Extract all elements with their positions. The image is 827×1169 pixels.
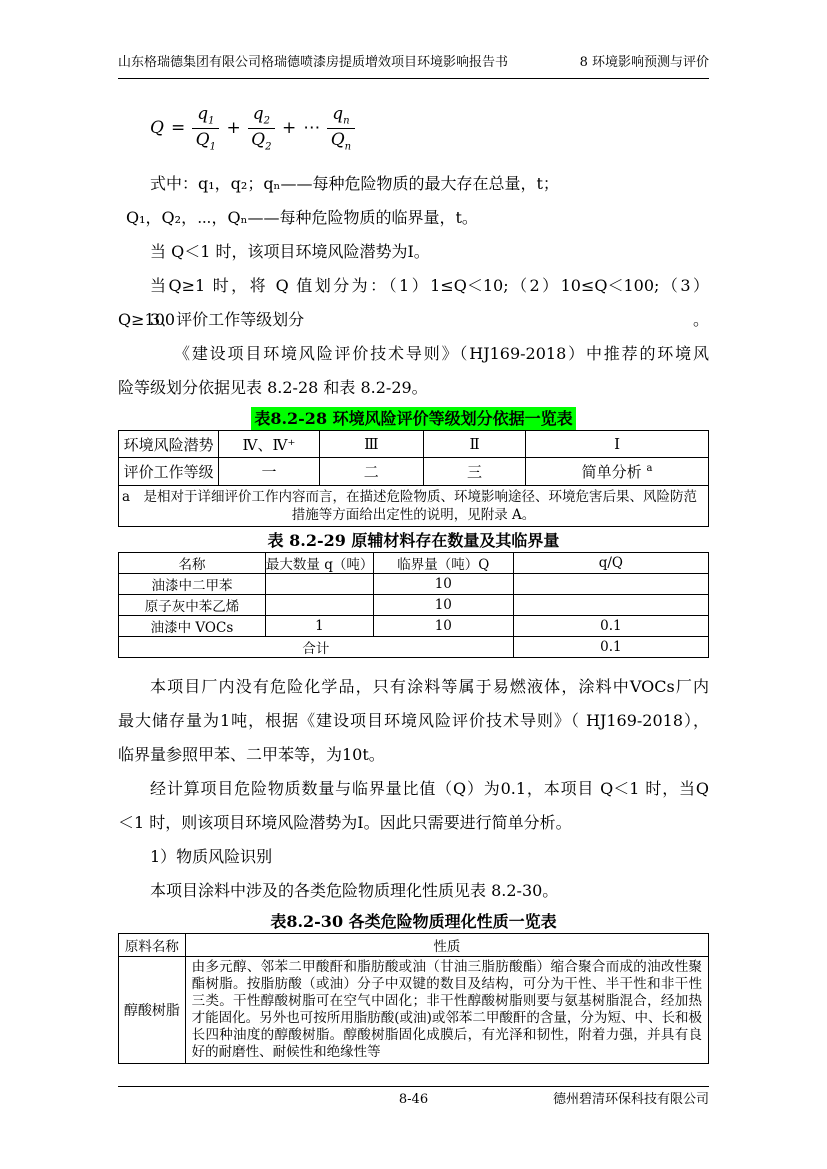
t29-cell: 10 [373,616,513,637]
table-risk-grade-basis: 环境风险潜势 Ⅳ、Ⅳ⁺ Ⅲ Ⅱ Ⅰ 评价工作等级 一 二 三 简单分析 a a … [118,430,709,527]
t28-cell: 二 [319,458,423,486]
analysis-text-block: 本项目厂内没有危险化学品，只有涂料等属于易燃液体，涂料中VOCs厂内 最大储存量… [118,670,709,908]
t29-header: q/Q [513,553,708,574]
paragraph-line: 经计算项目危险物质数量与临界量比值（Q）为0.1，本项目 Q＜1 时，当Q [118,772,709,806]
header-chapter-title: 8 环境影响预测与评价 [580,54,709,72]
table29-caption: 表 8.2-29 原辅材料存在数量及其临界量 [118,529,709,552]
table28-caption-highlight: 表8.2-28 环境风险评价等级划分依据一览表 [251,407,575,430]
t29-header: 临界量（吨）Q [373,553,513,574]
table-row: 油漆中 VOCs 1 10 0.1 [119,616,709,637]
t28-cell: 环境风险潜势 [119,431,219,458]
fraction-term-1: q1 Q1 [192,104,219,152]
footnote-line: a 是相对于详细评价工作内容而言，在描述危险物质、环境影响途径、环境危害后果、风… [122,488,705,506]
t29-cell: 油漆中二甲苯 [119,574,266,595]
q-ratio-formula: Q = q1 Q1 + q2 Q2 + ⋯ qn Qn [150,103,709,153]
table-row: 醇酸树脂 由多元醇、邻苯二甲酸酐和脂肪酸或油（甘油三脂肪酸酯）缩合聚合而成的油改… [119,957,709,1064]
paragraph-line: 式中：q₁，q₂；qₙ——每种危险物质的最大存在总量，t； [118,167,709,201]
page-header: 山东格瑞德集团有限公司格瑞德喷漆房提质增效项目环境影响报告书 8 环境影响预测与… [118,54,709,79]
table-total-row: 合计 0.1 [119,637,709,658]
table28-caption: 表8.2-28 环境风险评价等级划分依据一览表 [118,407,709,430]
footer-row: 8-46 德州碧清环保科技有限公司 [118,1091,709,1108]
t30-header: 性质 [185,934,708,957]
denominator: Q1 [196,129,216,152]
paragraph-line: Q₁，Q₂，⋯，Qₙ——每种危险物质的临界量，t。 [118,201,709,235]
t29-cell: 10 [373,574,513,595]
numerator: q1 [192,104,219,128]
t30-material-name: 醇酸树脂 [119,957,186,1064]
formula-explanation-block: 式中：q₁，q₂；qₙ——每种危险物质的最大存在总量，t； Q₁，Q₂，⋯，Qₙ… [118,167,709,405]
table-row: 油漆中二甲苯 10 [119,574,709,595]
section-heading: 1）物质风险识别 [118,840,709,874]
table-hazard-properties: 原料名称 性质 醇酸树脂 由多元醇、邻苯二甲酸酐和脂肪酸或油（甘油三脂肪酸酯）缩… [118,933,709,1064]
t29-cell: 油漆中 VOCs [119,616,266,637]
t29-cell [265,595,373,616]
t28-cell: Ⅲ [319,431,423,458]
t29-header: 最大数量 q（吨） [265,553,373,574]
fraction-term-2: q2 Q2 [248,104,275,152]
t28-cell: Ⅳ、Ⅳ⁺ [219,431,319,458]
table-raw-material-quantity: 名称 最大数量 q（吨） 临界量（吨）Q q/Q 油漆中二甲苯 10 原子灰中苯… [118,552,709,658]
equals-sign: = [171,118,185,138]
table30-caption: 表8.2-30 各类危险物质理化性质一览表 [118,910,709,933]
table-row: 环境风险潜势 Ⅳ、Ⅳ⁺ Ⅲ Ⅱ Ⅰ [119,431,709,458]
table-row: 原子灰中苯乙烯 10 [119,595,709,616]
fraction-term-n: qn Qn [327,104,354,152]
t28-footnote-cell: a 是相对于详细评价工作内容而言，在描述危险物质、环境影响途径、环境危害后果、风… [119,486,709,527]
paragraph-line: 临界量参照甲苯、二甲苯等，为10t。 [118,738,709,772]
t30-property-cell: 由多元醇、邻苯二甲酸酐和脂肪酸或油（甘油三脂肪酸酯）缩合聚合而成的油改性聚酯树脂… [185,957,708,1064]
numerator: q2 [248,104,275,128]
t30-property-text: 由多元醇、邻苯二甲酸酐和脂肪酸或油（甘油三脂肪酸酯）缩合聚合而成的油改性聚酯树脂… [192,959,702,1061]
t29-cell [265,574,373,595]
document-page: 山东格瑞德集团有限公司格瑞德喷漆房提质增效项目环境影响报告书 8 环境影响预测与… [0,0,827,1169]
paragraph-line: ＜1 时，则该项目环境风险潜势为Ⅰ。因此只需要进行简单分析。 [118,806,709,840]
t28-cell: 评价工作等级 [119,458,219,486]
paragraph-line: 本项目厂内没有危险化学品，只有涂料等属于易燃液体，涂料中VOCs厂内 [118,670,709,704]
paragraph-line: 险等级划分依据见表 8.2-28 和表 8.2-29。 [118,371,709,405]
table-row: 评价工作等级 一 二 三 简单分析 a [119,458,709,486]
t28-cell: Ⅰ [526,431,709,458]
t29-total-value: 0.1 [513,637,708,658]
t30-header: 原料名称 [119,934,186,957]
paragraph-line: 当 Q＜1 时，该项目环境风险潜势为Ⅰ。 [118,235,709,269]
t29-cell: 1 [265,616,373,637]
paragraph-line: 当Q≥1 时，将 Q 值划分为：（1）1≤Q＜10;（2）10≤Q＜100;（3… [118,269,709,303]
denominator: Qn [331,129,351,152]
ellipsis-dots: ⋯ [303,118,320,138]
page-content: Q = q1 Q1 + q2 Q2 + ⋯ qn Qn 式中：q₁，q₂；qₙ—… [118,103,709,1064]
paragraph-line: 本项目涂料中涉及的各类危险物质理化性质见表 8.2-30。 [118,874,709,908]
page-footer: 8-46 德州碧清环保科技有限公司 [118,1086,709,1108]
table-row: a 是相对于详细评价工作内容而言，在描述危险物质、环境影响途径、环境危害后果、风… [119,486,709,527]
t29-cell [513,574,708,595]
numerator: qn [327,104,354,128]
paragraph-line: 最大储存量为1吨，根据《建设项目环境风险评价技术导则》（ HJ169-2018）… [118,704,709,738]
t28-cell: Ⅱ [424,431,526,458]
t28-cell: 一 [219,458,319,486]
denominator: Q2 [251,129,271,152]
t29-cell [513,595,708,616]
t29-cell: 10 [373,595,513,616]
table-header-row: 名称 最大数量 q（吨） 临界量（吨）Q q/Q [119,553,709,574]
footnote-line: 措施等方面给出定性的说明，见附录 A。 [122,506,705,524]
t29-total-label: 合计 [119,637,514,658]
plus-sign: + [226,118,240,138]
table-header-row: 原料名称 性质 [119,934,709,957]
t29-header: 名称 [119,553,266,574]
header-report-title: 山东格瑞德集团有限公司格瑞德喷漆房提质增效项目环境影响报告书 [118,54,508,72]
t28-cell: 三 [424,458,526,486]
formula-lhs: Q [150,118,164,138]
paragraph-line: 《建设项目环境风险评价技术导则》（HJ169-2018）中推荐的环境风 [118,337,709,371]
t29-cell: 原子灰中苯乙烯 [119,595,266,616]
plus-sign: + [282,118,296,138]
t28-cell: 简单分析 a [526,458,709,486]
t29-cell: 0.1 [513,616,708,637]
footnote-marker: a [646,463,652,474]
footer-company: 德州碧清环保科技有限公司 [553,1091,709,1108]
